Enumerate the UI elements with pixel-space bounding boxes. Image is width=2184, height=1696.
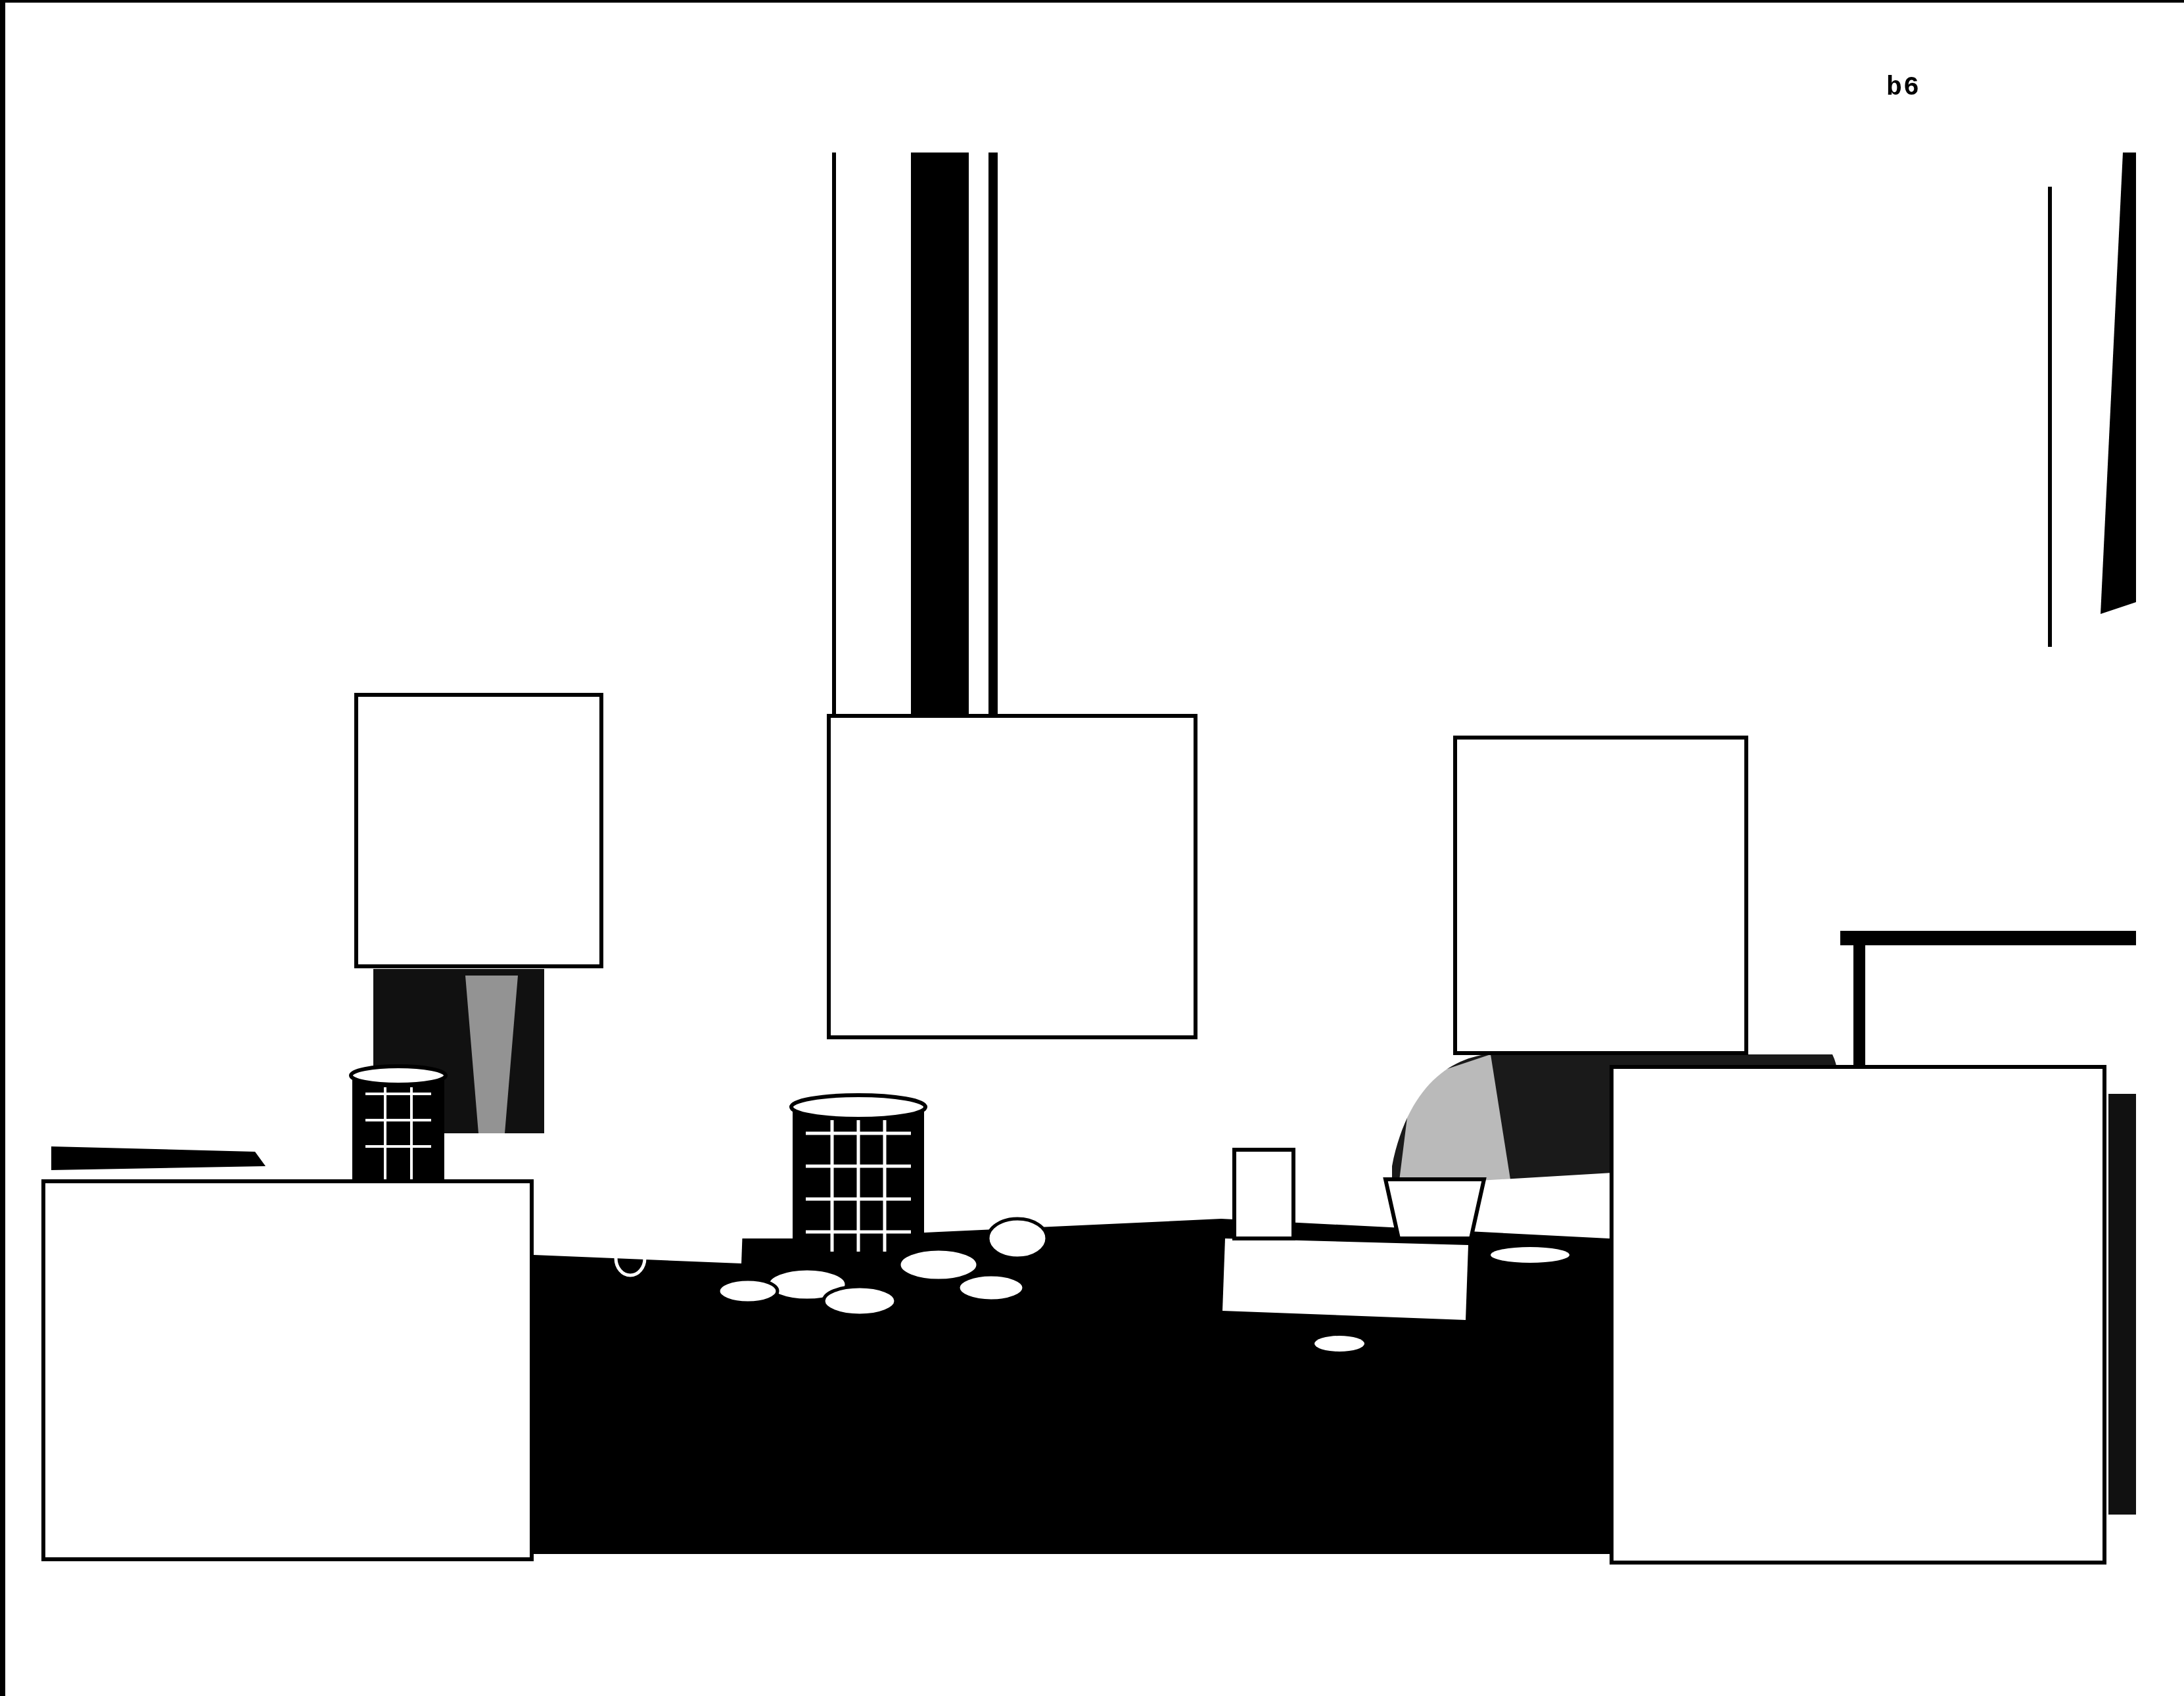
window-frame-thin — [832, 153, 836, 718]
name-card-left — [534, 1183, 744, 1263]
page-marker: b6 — [1886, 74, 1920, 103]
sign-frame-top — [1840, 931, 2136, 945]
right-frame-dark — [2101, 153, 2136, 614]
glass-bowl — [1385, 1179, 1484, 1238]
name-card-right — [1222, 1238, 1468, 1320]
card-holder-right — [1314, 1336, 1364, 1352]
person-right-shirt — [1399, 1054, 1510, 1186]
candle-holder-left — [351, 1066, 446, 1186]
right-frame-thin — [2048, 187, 2052, 647]
drink-glass — [1234, 1150, 1293, 1238]
redaction-box-face-center — [827, 714, 1197, 1039]
window-frame-bar-2 — [988, 153, 998, 718]
scanned-page: b6 — [0, 0, 2184, 1696]
redaction-box-lower-right — [1610, 1065, 2106, 1565]
redaction-box-face-right — [1453, 736, 1748, 1055]
sign-pattern — [2108, 1094, 2136, 1515]
window-frame-bar — [911, 153, 969, 718]
redaction-box-lower-left — [41, 1179, 534, 1561]
napkin — [51, 1146, 266, 1170]
candle-holder-center — [791, 1095, 925, 1257]
sign-frame-left — [1853, 943, 1865, 1068]
redaction-box-face-left — [354, 693, 603, 968]
plate — [1491, 1247, 1569, 1263]
